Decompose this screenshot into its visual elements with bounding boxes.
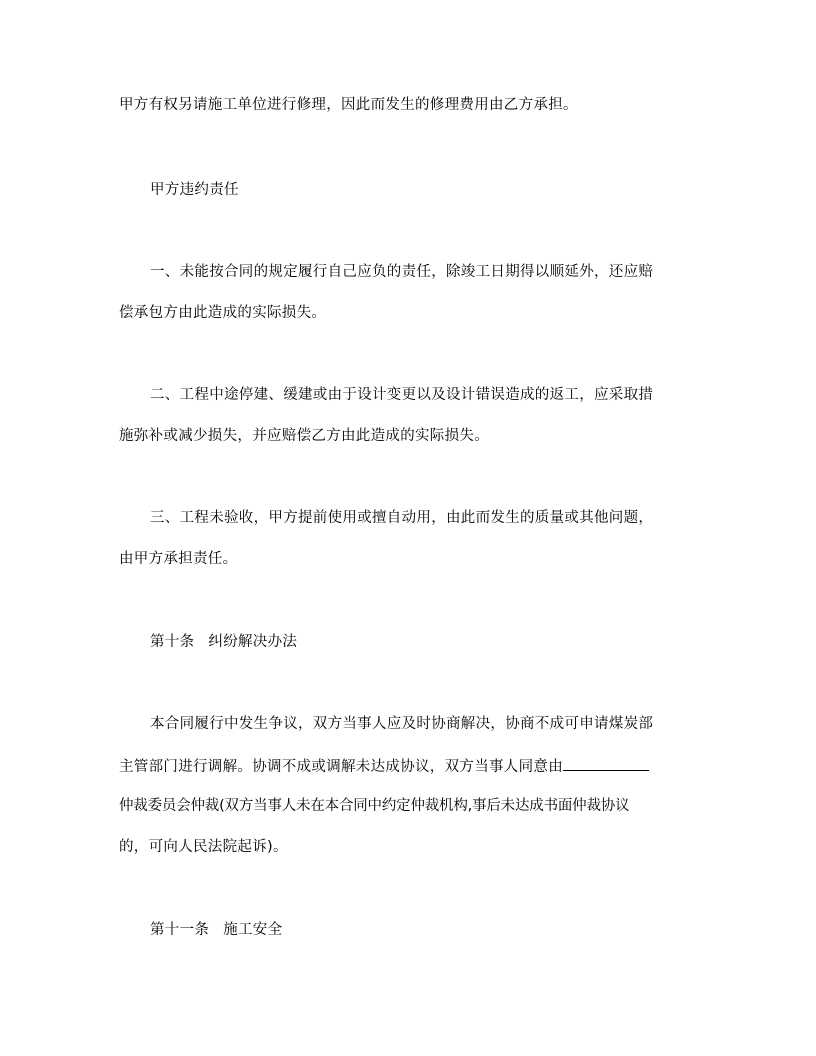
document-page: 甲方有权另请施工单位进行修理，因此而发生的修理费用由乙方承担。 甲方违约责任 一… (0, 0, 816, 1056)
article-number: 第十条 (150, 634, 194, 650)
paragraph-line: 本合同履行中发生争议，双方当事人应及时协商解决，协商不成可申请煤炭部 (150, 715, 730, 733)
paragraph-line: 主管部门进行调解。协调不成或调解未达成协议，双方当事人同意由 (119, 756, 699, 776)
paragraph-line: 的，可向人民法院起诉)。 (119, 838, 699, 856)
article-title: 施工安全 (223, 922, 282, 938)
paragraph-line: 偿承包方由此造成的实际损失。 (119, 304, 699, 322)
paragraph-line: 一、未能按合同的规定履行自己应负的责任，除竣工日期得以顺延外，还应赔 (150, 263, 730, 281)
paragraph-line: 甲方有权另请施工单位进行修理，因此而发生的修理费用由乙方承担。 (119, 96, 699, 114)
paragraph-line: 仲裁委员会仲裁(双方当事人未在本合同中约定仲裁机构,事后未达成书面仲裁协议 (119, 797, 699, 815)
article-title: 纠纷解决办法 (208, 634, 297, 650)
article-heading: 第十一条施工安全 (150, 921, 730, 939)
paragraph-line: 由甲方承担责任。 (119, 550, 699, 568)
paragraph-text: 主管部门进行调解。协调不成或调解未达成协议，双方当事人同意由 (119, 759, 563, 775)
article-heading: 第十条纠纷解决办法 (150, 633, 730, 651)
paragraph-line: 二、工程中途停建、缓建或由于设计变更以及设计错误造成的返工，应采取措 (150, 386, 730, 404)
fill-in-blank (563, 756, 649, 771)
article-number: 第十一条 (150, 922, 209, 938)
section-heading: 甲方违约责任 (150, 181, 730, 199)
paragraph-line: 三、工程未验收，甲方提前使用或擅自动用，由此而发生的质量或其他问题， (150, 509, 730, 527)
paragraph-line: 施弥补或减少损失，并应赔偿乙方由此造成的实际损失。 (119, 427, 699, 445)
